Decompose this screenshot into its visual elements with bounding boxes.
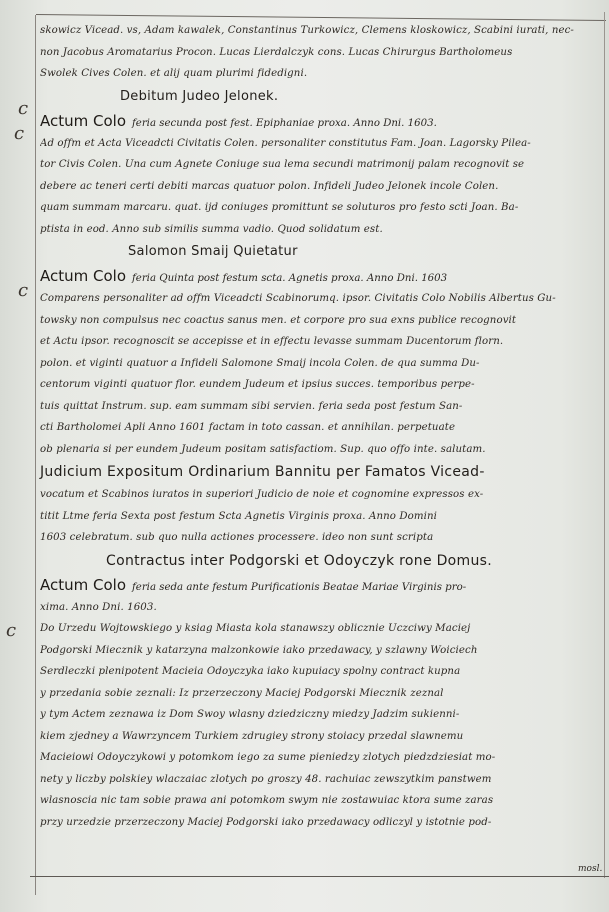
text-line: 1603 celebratum. sub quo nulla actiones … bbox=[40, 527, 602, 549]
section-heading: Debitum Judeo Jelonek. bbox=[40, 85, 602, 109]
text-line: nety y liczby polskiey wlaczaiac zlotych… bbox=[40, 769, 602, 791]
text-line: tuis quittat Instrum. sup. eam summam si… bbox=[40, 396, 602, 418]
text-line: xima. Anno Dni. 1603. bbox=[40, 597, 602, 619]
text-line: polon. et viginti quatuor a Infideli Sal… bbox=[40, 353, 602, 375]
text-line: debere ac teneri certi debiti marcas qua… bbox=[40, 176, 602, 198]
text-line: Do Urzedu Wojtowskiego y ksiag Miasta ko… bbox=[40, 618, 602, 640]
section-heading: Judicium Expositum Ordinarium Bannitu pe… bbox=[40, 460, 602, 484]
actum-text: feria seda ante festum Purificationis Be… bbox=[132, 582, 466, 593]
text-line: et Actu ipsor. recognoscit se accepisse … bbox=[40, 331, 602, 353]
text-line: titit Ltme feria Sexta post festum Scta … bbox=[40, 506, 602, 528]
margin-flourish-mark: c bbox=[6, 620, 16, 641]
text-line: ob plenaria si per eundem Judeum positam… bbox=[40, 439, 602, 461]
text-line: y przedania sobie zeznali: Iz przerzeczo… bbox=[40, 683, 602, 705]
margin-flourish-mark: c bbox=[18, 98, 28, 119]
section-heading: Contractus inter Podgorski et Odoyczyk r… bbox=[40, 549, 602, 573]
text-line: centorum viginti quatuor flor. eundem Ju… bbox=[40, 374, 602, 396]
text-line: towsky non compulsus nec coactus sanus m… bbox=[40, 310, 602, 332]
section-heading: Salomon Smaij Quietatur bbox=[40, 240, 602, 264]
text-line: quam summam marcaru. quat. ijd coniuges … bbox=[40, 197, 602, 219]
actum-lead: Actum Colo bbox=[40, 576, 126, 594]
actum-lead: Actum Colo bbox=[40, 112, 126, 130]
text-line: wlasnoscia nic tam sobie prawa ani potom… bbox=[40, 790, 602, 812]
text-line: Comparens personaliter ad offm Viceadcti… bbox=[40, 288, 602, 310]
ruled-bottom-border bbox=[30, 876, 609, 877]
actum-text: feria secunda post fest. Epiphaniae prox… bbox=[132, 118, 437, 129]
text-line: skowicz Vicead. vs, Adam kawalek, Consta… bbox=[40, 20, 602, 42]
text-line: kiem zjedney a Wawrzyncem Turkiem zdrugi… bbox=[40, 726, 602, 748]
ruled-left-margin bbox=[35, 15, 36, 895]
manuscript-page: c c c c skowicz Vicead. vs, Adam kawalek… bbox=[0, 0, 609, 912]
text-line: Podgorski Miecznik y katarzyna malzonkow… bbox=[40, 640, 602, 662]
text-line: ptista in eod. Anno sub similis summa va… bbox=[40, 219, 602, 241]
text-line: Swolek Cives Colen. et alij quam plurimi… bbox=[40, 63, 602, 85]
text-line: tor Civis Colen. Una cum Agnete Coniuge … bbox=[40, 154, 602, 176]
actum-line: Actum Coloferia seda ante festum Purific… bbox=[40, 573, 602, 597]
catchword-note: mosl. bbox=[578, 864, 602, 874]
text-line: Macieiowi Odoyczykowi y potomkom iego za… bbox=[40, 747, 602, 769]
text-line: non Jacobus Aromatarius Procon. Lucas Li… bbox=[40, 42, 602, 64]
margin-flourish-mark: c bbox=[14, 123, 24, 144]
text-line: przy urzedzie przerzeczony Maciej Podgor… bbox=[40, 812, 602, 834]
text-line: Serdleczki plenipotent Macieia Odoyczyka… bbox=[40, 661, 602, 683]
text-line: cti Bartholomei Apli Anno 1601 factam in… bbox=[40, 417, 602, 439]
text-line: y tym Actem zeznawa iz Dom Swoy wlasny d… bbox=[40, 704, 602, 726]
ruled-right-margin bbox=[604, 12, 605, 878]
actum-lead: Actum Colo bbox=[40, 267, 126, 285]
actum-line: Actum Coloferia secunda post fest. Epiph… bbox=[40, 109, 602, 133]
actum-text: feria Quinta post festum scta. Agnetis p… bbox=[132, 273, 447, 284]
text-line: vocatum et Scabinos iuratos in superiori… bbox=[40, 484, 602, 506]
actum-line: Actum Coloferia Quinta post festum scta.… bbox=[40, 264, 602, 288]
text-line: Ad offm et Acta Viceadcti Civitatis Cole… bbox=[40, 133, 602, 155]
manuscript-text: skowicz Vicead. vs, Adam kawalek, Consta… bbox=[40, 20, 602, 833]
margin-flourish-mark: c bbox=[18, 280, 28, 301]
